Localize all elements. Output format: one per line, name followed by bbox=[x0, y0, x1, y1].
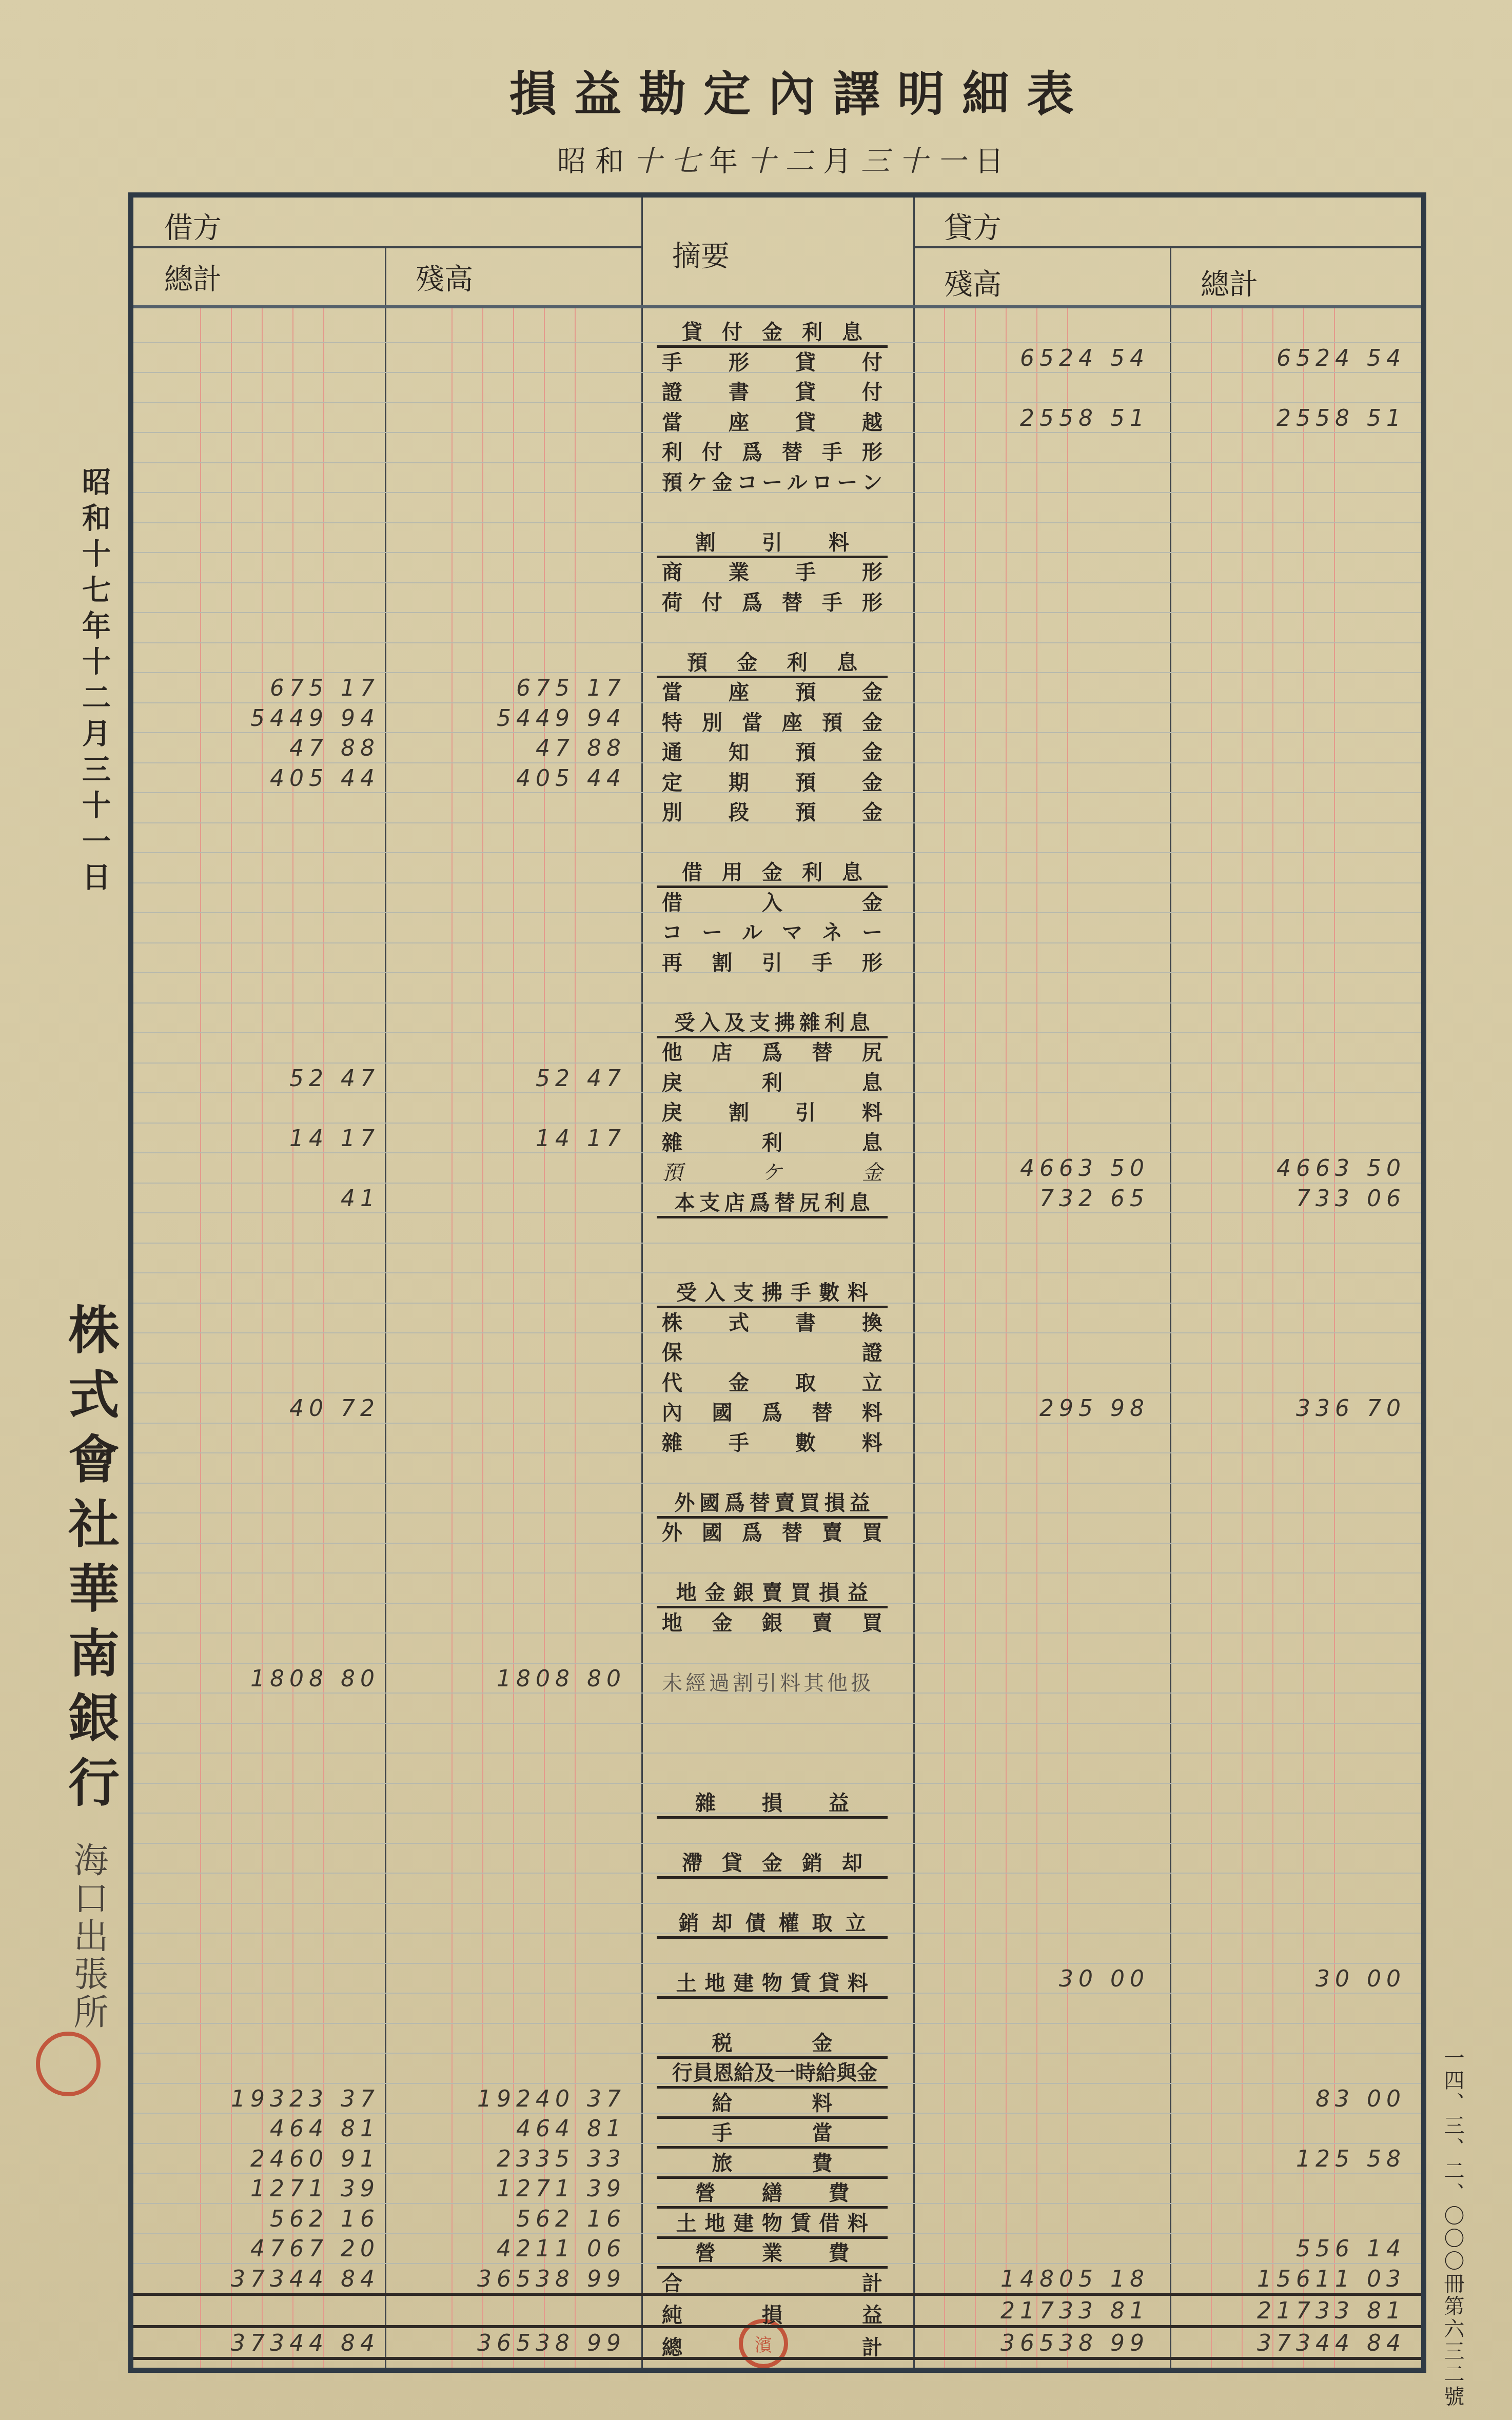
table-row: 外國爲替賣買 bbox=[133, 1513, 1421, 1544]
credit-balance-amount: 36538 99 bbox=[934, 2330, 1149, 2356]
table-row bbox=[133, 1544, 1421, 1574]
credit-total-amount: 556 14 bbox=[1190, 2236, 1406, 2262]
account-label: 雜手數料 bbox=[662, 1427, 882, 1456]
table-header: 借方 總計 殘高 摘要 貸方 殘高 總計 bbox=[133, 198, 1421, 308]
table-row: 滯貸金銷却 bbox=[133, 1844, 1421, 1874]
table-row bbox=[133, 1724, 1421, 1754]
debit-balance-amount: 52 47 bbox=[410, 1066, 626, 1092]
table-row bbox=[133, 613, 1421, 643]
table-row: 別段預金 bbox=[133, 793, 1421, 823]
table-row: 他店爲替尻 bbox=[133, 1033, 1421, 1064]
table-row bbox=[133, 1634, 1421, 1664]
account-label: 荷付爲替手形 bbox=[662, 586, 882, 616]
credit-total-amount: 15611 03 bbox=[1190, 2266, 1406, 2292]
table-row: 受入支拂手數料 bbox=[133, 1273, 1421, 1304]
table-row bbox=[133, 1874, 1421, 1904]
date-day-unit: 日 bbox=[975, 145, 1013, 178]
account-label: コールマネー bbox=[662, 916, 882, 946]
table-row: 當座預金675 17675 17 bbox=[133, 673, 1421, 703]
debit-balance-amount: 47 88 bbox=[410, 735, 626, 761]
table-row: 戾割引料 bbox=[133, 1093, 1421, 1124]
credit-total-amount: 37344 84 bbox=[1190, 2330, 1406, 2356]
table-row bbox=[133, 973, 1421, 1004]
account-label: 地金銀賣買 bbox=[662, 1607, 882, 1636]
table-row bbox=[133, 1213, 1421, 1244]
table-row bbox=[133, 1814, 1421, 1844]
ledger-sheet: 損益勘定內譯明細表 昭和十七年十二月三十一日 昭和十七年十二月三十一日 株式會社… bbox=[0, 0, 1512, 2420]
credit-total-amount: 30 00 bbox=[1190, 1966, 1406, 1992]
header-credit-balance: 殘高 bbox=[913, 262, 1170, 303]
table-row: 保證 bbox=[133, 1333, 1421, 1364]
account-label: 證書貸付 bbox=[662, 376, 882, 405]
account-label: 戾割引料 bbox=[662, 1096, 882, 1126]
account-label: 特別當座預金 bbox=[662, 706, 882, 736]
table-row: 給料19323 3719240 3783 00 bbox=[133, 2084, 1421, 2114]
ledger-table: 借方 總計 殘高 摘要 貸方 殘高 總計 貸付金利息手形貸付6524 54652… bbox=[128, 192, 1426, 2373]
debit-balance-amount: 36538 99 bbox=[410, 2266, 626, 2292]
table-row: 土地建物賃貸料30 0030 00 bbox=[133, 1964, 1421, 1994]
account-label: 他店爲替尻 bbox=[662, 1036, 882, 1066]
account-label: 戾利息 bbox=[662, 1067, 882, 1096]
company-seal-icon bbox=[36, 2032, 101, 2096]
table-row: 株式書換 bbox=[133, 1304, 1421, 1334]
table-row: 受入及支拂雜利息 bbox=[133, 1004, 1421, 1034]
header-summary: 摘要 bbox=[641, 233, 913, 274]
table-row: 當座貸越2558 512558 51 bbox=[133, 403, 1421, 434]
account-label: 總計 bbox=[662, 2331, 882, 2360]
debit-balance-amount: 562 16 bbox=[410, 2206, 626, 2232]
table-row: コールマネー bbox=[133, 913, 1421, 943]
debit-total-amount: 405 44 bbox=[164, 765, 380, 792]
header-debit-balance: 殘高 bbox=[385, 257, 641, 298]
debit-balance-amount: 5449 94 bbox=[410, 705, 626, 732]
credit-balance-amount: 21733 81 bbox=[934, 2298, 1149, 2324]
table-row: 手當464 81464 81 bbox=[133, 2114, 1421, 2144]
debit-total-amount: 1808 80 bbox=[164, 1666, 380, 1692]
table-row: 本支店爲替尻利息41732 65733 06 bbox=[133, 1184, 1421, 1214]
account-label: 預ケ金 bbox=[662, 1156, 882, 1186]
header-credit-total: 總計 bbox=[1170, 262, 1421, 303]
table-row bbox=[133, 1934, 1421, 1964]
table-row: 割引料 bbox=[133, 523, 1421, 554]
table-row: 內國爲替料40 72295 98336 70 bbox=[133, 1393, 1421, 1424]
debit-balance-amount: 1271 39 bbox=[410, 2176, 626, 2202]
header-debit: 借方 bbox=[133, 205, 641, 246]
table-row: 預ケ金4663 504663 50 bbox=[133, 1153, 1421, 1184]
debit-balance-amount: 1808 80 bbox=[410, 1666, 626, 1692]
debit-total-amount: 41 bbox=[164, 1186, 380, 1212]
account-label: 代金取立 bbox=[662, 1367, 882, 1396]
debit-total-amount: 5449 94 bbox=[164, 705, 380, 732]
table-row: 手形貸付6524 546524 54 bbox=[133, 343, 1421, 373]
credit-balance-amount: 4663 50 bbox=[934, 1155, 1149, 1182]
credit-total-amount: 4663 50 bbox=[1190, 1155, 1406, 1182]
document-date: 昭和十七年十二月三十一日 bbox=[554, 139, 1016, 180]
debit-balance-amount: 19240 37 bbox=[410, 2086, 626, 2112]
debit-total-amount: 675 17 bbox=[164, 675, 380, 701]
table-row: 借用金利息 bbox=[133, 853, 1421, 883]
table-row: 預ケ金コールローン bbox=[133, 463, 1421, 494]
table-row: 荷付爲替手形 bbox=[133, 583, 1421, 614]
debit-total-amount: 37344 84 bbox=[164, 2266, 380, 2292]
side-date: 昭和十七年十二月三十一日 bbox=[77, 467, 113, 898]
account-label: 純損益 bbox=[662, 2299, 882, 2328]
account-label: 保證 bbox=[662, 1336, 882, 1366]
account-label: 當座預金 bbox=[662, 676, 882, 705]
table-row: 外國爲替賣買損益 bbox=[133, 1484, 1421, 1514]
table-row: 特別當座預金5449 945449 94 bbox=[133, 703, 1421, 734]
table-row: 借入金 bbox=[133, 883, 1421, 914]
table-row: 戾利息52 4752 47 bbox=[133, 1064, 1421, 1094]
table-row: 旅費2460 912335 33125 58 bbox=[133, 2144, 1421, 2174]
table-row: 未經過割引料其他扱1808 801808 80 bbox=[133, 1664, 1421, 1694]
credit-balance-amount: 2558 51 bbox=[934, 405, 1149, 431]
table-row: 預金利息 bbox=[133, 643, 1421, 674]
date-year: 十七 bbox=[633, 145, 709, 178]
date-month-unit: 月 bbox=[823, 145, 861, 178]
account-label: 手形貸付 bbox=[662, 346, 882, 376]
date-era: 昭和 bbox=[557, 145, 633, 178]
credit-balance-amount: 6524 54 bbox=[934, 345, 1149, 371]
table-row: 代金取立 bbox=[133, 1364, 1421, 1394]
account-label: 利付爲替手形 bbox=[662, 436, 882, 465]
debit-total-amount: 2460 91 bbox=[164, 2146, 380, 2172]
credit-total-amount: 83 00 bbox=[1190, 2086, 1406, 2112]
debit-total-amount: 464 81 bbox=[164, 2116, 380, 2142]
debit-total-amount: 4767 20 bbox=[164, 2236, 380, 2262]
debit-total-amount: 37344 84 bbox=[164, 2330, 380, 2356]
table-row: 商業手形 bbox=[133, 553, 1421, 583]
table-row: 雜手數料 bbox=[133, 1424, 1421, 1454]
total-row: 純損益21733 8121733 81 bbox=[133, 2296, 1421, 2328]
credit-balance-amount: 14805 18 bbox=[934, 2266, 1149, 2292]
table-row: 定期預金405 44405 44 bbox=[133, 763, 1421, 794]
date-year-unit: 年 bbox=[709, 145, 747, 178]
credit-balance-amount: 30 00 bbox=[934, 1966, 1149, 1992]
account-label: 別段預金 bbox=[662, 796, 882, 825]
debit-balance-amount: 2335 33 bbox=[410, 2146, 626, 2172]
table-row bbox=[133, 1694, 1421, 1724]
debit-balance-amount: 464 81 bbox=[410, 2116, 626, 2142]
debit-balance-amount: 36538 99 bbox=[410, 2330, 626, 2356]
account-label: 定期預金 bbox=[662, 766, 882, 796]
debit-total-amount: 52 47 bbox=[164, 1066, 380, 1092]
table-row: 證書貸付 bbox=[133, 373, 1421, 403]
date-day: 三十一 bbox=[861, 145, 975, 178]
debit-balance-amount: 4211 06 bbox=[410, 2236, 626, 2262]
account-label: 雜利息 bbox=[662, 1127, 882, 1156]
debit-total-amount: 14 17 bbox=[164, 1126, 380, 1152]
account-label: 當座貸越 bbox=[662, 406, 882, 436]
account-label: 再割引手形 bbox=[662, 947, 882, 976]
account-label: 內國爲替料 bbox=[662, 1396, 882, 1426]
table-row bbox=[133, 823, 1421, 854]
table-row: 雜利息14 1714 17 bbox=[133, 1124, 1421, 1154]
table-row: 營業費4767 204211 06556 14 bbox=[133, 2234, 1421, 2264]
debit-balance-amount: 675 17 bbox=[410, 675, 626, 701]
branch-name: 海口出張所 bbox=[67, 1842, 113, 2032]
debit-balance-amount: 405 44 bbox=[410, 765, 626, 792]
document-title: 損益勘定內譯明細表 bbox=[493, 56, 1108, 124]
credit-balance-amount: 732 65 bbox=[934, 1186, 1149, 1212]
debit-total-amount: 47 88 bbox=[164, 735, 380, 761]
credit-total-amount: 336 70 bbox=[1190, 1395, 1406, 1422]
credit-total-amount: 733 06 bbox=[1190, 1186, 1406, 1212]
account-label: 株式書換 bbox=[662, 1307, 882, 1336]
credit-total-amount: 6524 54 bbox=[1190, 345, 1406, 371]
debit-total-amount: 562 16 bbox=[164, 2206, 380, 2232]
table-row: 税金 bbox=[133, 2024, 1421, 2054]
account-label: 未經過割引料其他扱 bbox=[662, 1667, 949, 1696]
debit-total-amount: 40 72 bbox=[164, 1395, 380, 1422]
header-debit-label: 借方 bbox=[164, 205, 222, 246]
account-label: 借入金 bbox=[662, 887, 882, 916]
total-row: 合計37344 8436538 9914805 1815611 03 bbox=[133, 2264, 1421, 2296]
total-row: 總計37344 8436538 9936538 9937344 84 bbox=[133, 2328, 1421, 2360]
ledger-rows: 貸付金利息手形貸付6524 546524 54證書貸付當座貸越2558 5125… bbox=[133, 313, 1421, 2360]
debit-total-amount: 1271 39 bbox=[164, 2176, 380, 2202]
debit-balance-amount: 14 17 bbox=[410, 1126, 626, 1152]
table-row bbox=[133, 1453, 1421, 1484]
account-label: 合計 bbox=[662, 2267, 882, 2296]
account-label: 外國爲替賣買 bbox=[662, 1517, 882, 1546]
table-row: 土地建物賃借料562 16562 16 bbox=[133, 2204, 1421, 2234]
table-row bbox=[133, 493, 1421, 523]
table-row: 營繕費1271 391271 39 bbox=[133, 2174, 1421, 2204]
table-row bbox=[133, 1754, 1421, 1784]
table-row: 銷却債權取立 bbox=[133, 1904, 1421, 1934]
credit-total-amount: 125 58 bbox=[1190, 2146, 1406, 2172]
credit-total-amount: 2558 51 bbox=[1190, 405, 1406, 431]
account-label: 通知預金 bbox=[662, 736, 882, 765]
credit-total-amount: 21733 81 bbox=[1190, 2298, 1406, 2324]
account-label: 預ケ金コールローン bbox=[662, 466, 882, 496]
header-credit: 貸方 bbox=[913, 205, 1421, 246]
company-name: 株式會社華南銀行 bbox=[62, 1303, 118, 1820]
table-row bbox=[133, 1244, 1421, 1274]
table-row: 雜損益 bbox=[133, 1784, 1421, 1814]
table-row: 地金銀賣買損益 bbox=[133, 1573, 1421, 1604]
credit-balance-amount: 295 98 bbox=[934, 1395, 1149, 1422]
account-label: 商業手形 bbox=[662, 556, 882, 585]
table-row: 再割引手形 bbox=[133, 943, 1421, 974]
print-note: 一四、三、二、〇〇〇冊第六三二號 bbox=[1437, 2047, 1467, 2408]
debit-total-amount: 19323 37 bbox=[164, 2086, 380, 2112]
table-row: 行員恩給及一時給與金 bbox=[133, 2054, 1421, 2084]
date-month: 十二 bbox=[747, 145, 823, 178]
table-row: 利付爲替手形 bbox=[133, 433, 1421, 463]
table-row: 地金銀賣買 bbox=[133, 1604, 1421, 1634]
table-row: 通知預金47 8847 88 bbox=[133, 733, 1421, 763]
header-debit-total: 總計 bbox=[133, 257, 385, 298]
table-row: 貸付金利息 bbox=[133, 313, 1421, 343]
table-row bbox=[133, 1994, 1421, 2024]
